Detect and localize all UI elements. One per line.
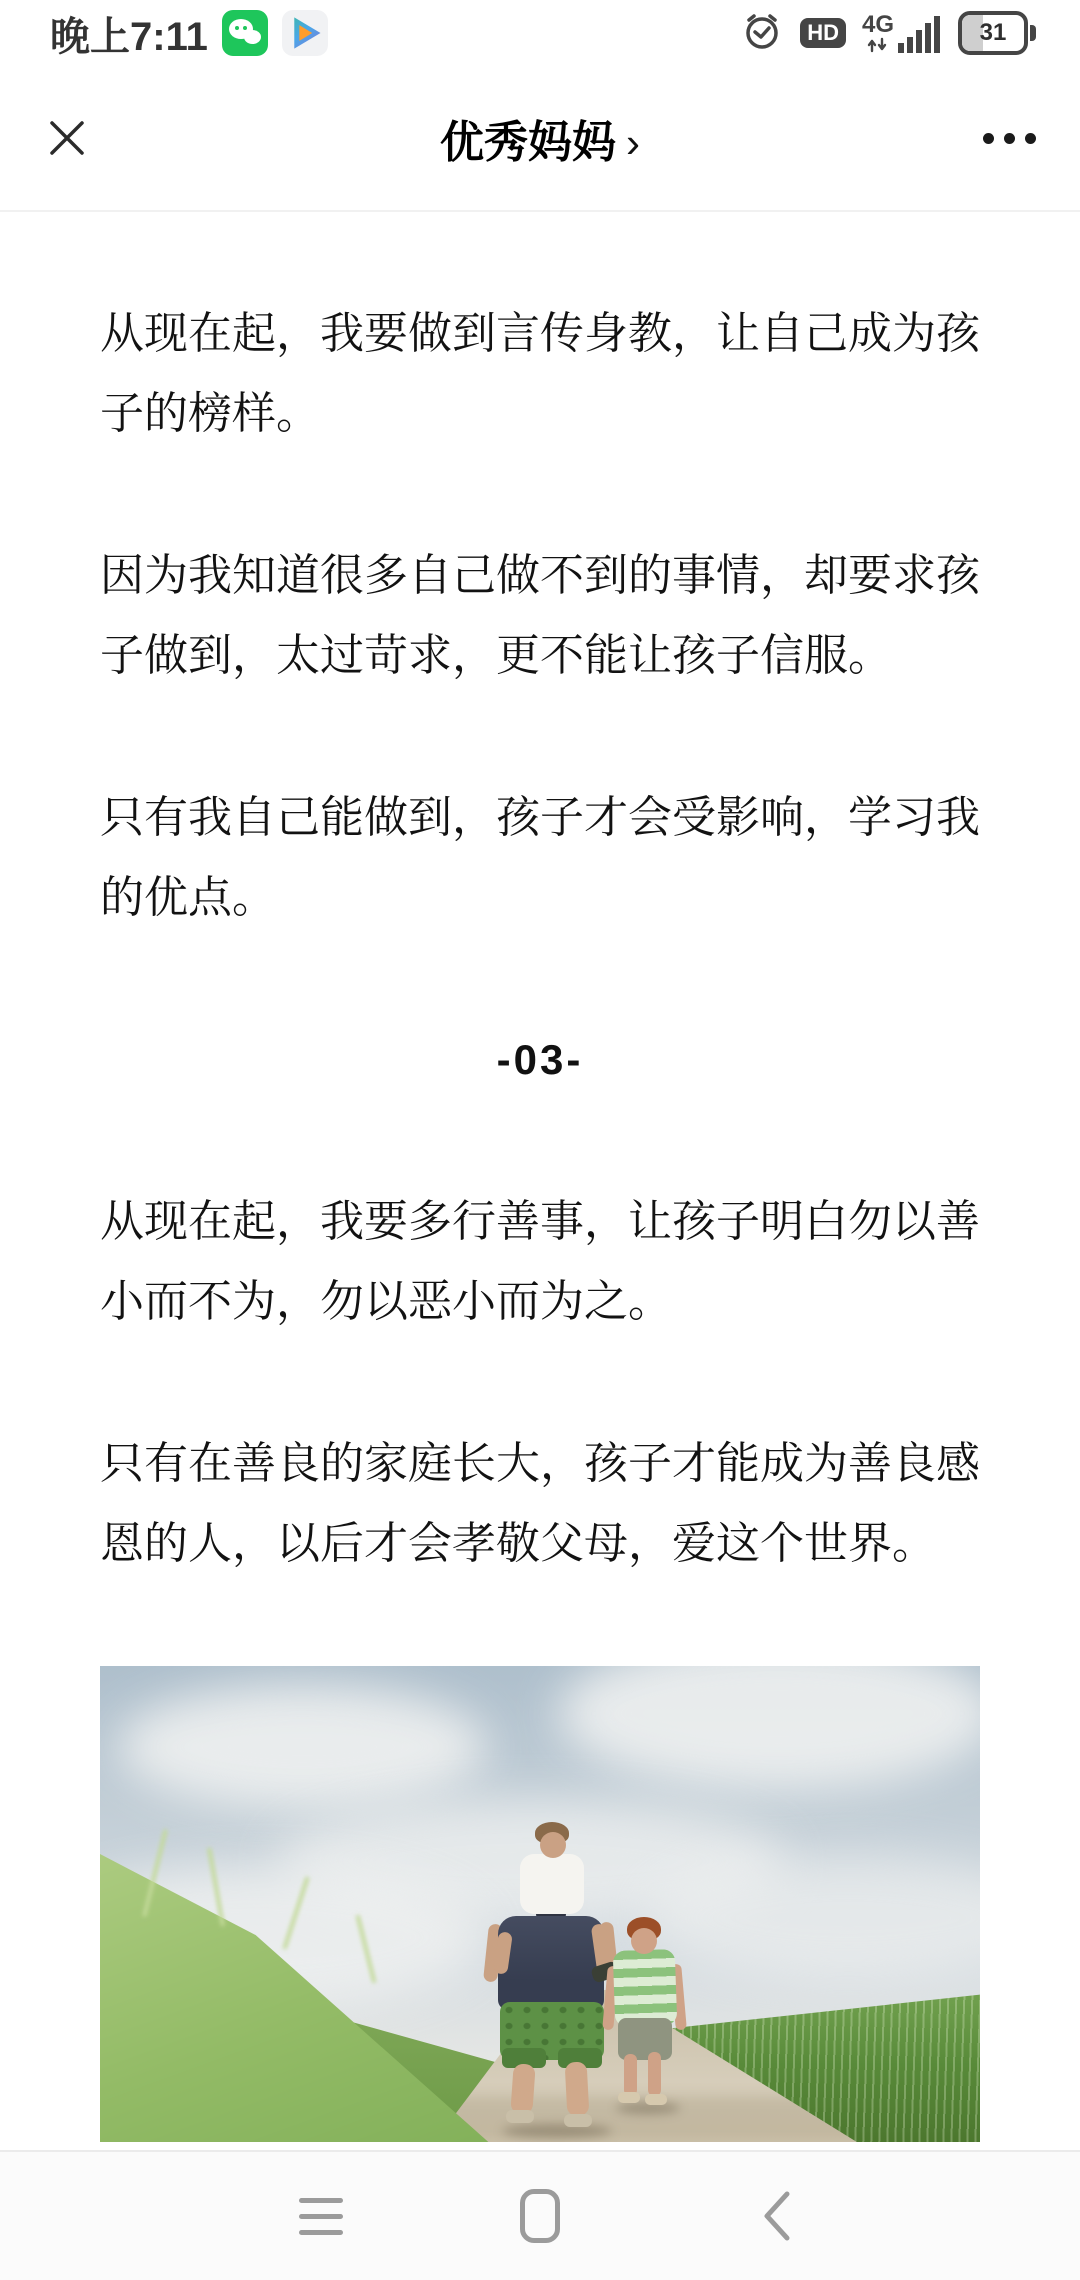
updown-arrows-icon xyxy=(865,37,891,53)
paragraph: 因为我知道很多自己做不到的事情，却要求孩 子做到，太过苛求，更不能让孩子信服。 xyxy=(100,536,980,696)
status-left-group: 晚上7:11 xyxy=(50,5,328,62)
section-heading: -03- xyxy=(100,1020,980,1100)
recents-icon[interactable] xyxy=(261,2152,381,2280)
battery-icon: 31 xyxy=(958,11,1036,55)
paragraph: 从现在起，我要多行善事，让孩子明白勿以善 小而不为，勿以恶小而为之。 xyxy=(100,1182,980,1342)
home-icon[interactable] xyxy=(480,2152,600,2280)
paragraph: 只有在善良的家庭长大，孩子才能成为善良感 恩的人，以后才会孝敬父母，爱这个世界。 xyxy=(100,1424,980,1584)
status-time: 晚上7:11 xyxy=(50,5,208,62)
alarm-clock-icon xyxy=(740,9,784,58)
video-play-icon xyxy=(282,10,328,56)
network-type-group: 4G xyxy=(862,13,894,53)
wechat-icon xyxy=(222,10,268,56)
network-type-label: 4G xyxy=(862,13,894,37)
hd-icon: HD xyxy=(800,18,846,48)
status-bar: 晚上7:11 HD 4G xyxy=(0,0,1080,66)
page-title[interactable]: 优秀妈妈› xyxy=(0,106,1080,170)
more-icon[interactable] xyxy=(983,115,1036,161)
nav-bar: 优秀妈妈› xyxy=(0,66,1080,212)
paragraph: 只有我自己能做到，孩子才会受影响，学习我 的优点。 xyxy=(100,778,980,938)
battery-percent: 31 xyxy=(980,19,1007,47)
article-body: 从现在起，我要做到言传身教，让自己成为孩 子的榜样。因为我知道很多自己做不到的事… xyxy=(0,212,1080,2142)
page-title-text: 优秀妈妈 xyxy=(440,118,616,167)
signal-icon: 4G xyxy=(862,13,942,53)
close-icon[interactable] xyxy=(44,115,90,161)
signal-bars-icon xyxy=(898,13,942,53)
article-photo[interactable] xyxy=(100,1666,980,2142)
status-right-group: HD 4G xyxy=(740,9,1036,58)
system-nav-bar xyxy=(0,2150,1080,2280)
phone-screen: 晚上7:11 HD 4G xyxy=(0,0,1080,2280)
paragraph: 从现在起，我要做到言传身教，让自己成为孩 子的榜样。 xyxy=(100,294,980,454)
back-icon[interactable] xyxy=(716,2152,836,2280)
chevron-right-icon: › xyxy=(626,119,640,166)
